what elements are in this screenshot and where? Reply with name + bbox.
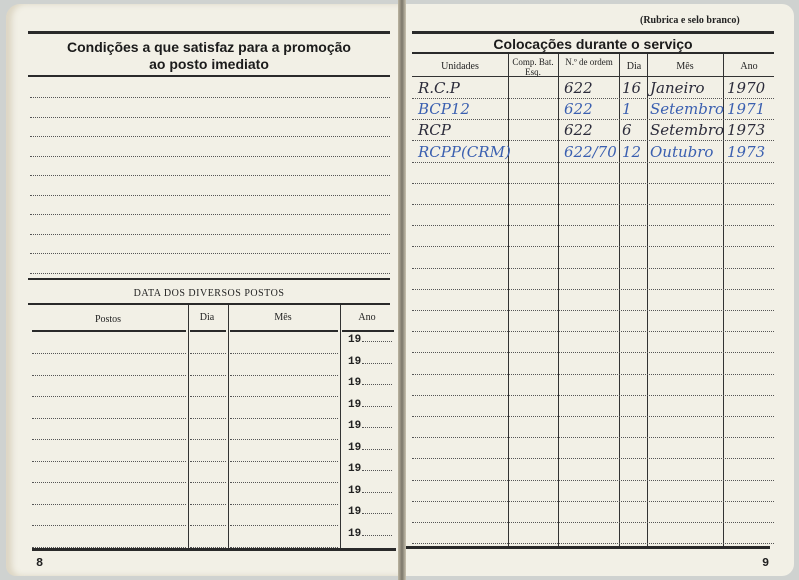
writing-line [30,97,390,98]
table-row-line [32,353,186,354]
year-field: 19 [348,399,392,411]
writing-line [30,214,390,215]
table-row-line [412,437,774,438]
writing-line [30,136,390,137]
year-prefix: 19 [348,399,361,411]
table-row-line [230,396,338,397]
table-row-line [190,439,226,440]
entry-ordem: 622 [564,80,618,96]
col-unidades: Unidades [412,62,508,72]
col-postos: Postos [30,315,186,325]
col-dia: Dia [620,62,648,72]
table-row-line [32,504,186,505]
table-row-line [412,225,774,226]
table-row-line [190,504,226,505]
entry-mes: Janeiro [650,80,722,96]
entry-unidades: R.C.P [418,80,506,96]
table-row-line [412,543,774,544]
col-ano: Ano [724,62,774,72]
year-prefix: 19 [348,485,361,497]
left-title-line2: ao posto imediato [28,56,390,72]
entry-unidades: RCP [418,122,506,138]
table-row-line [32,375,186,376]
entry-ano: 1973 [727,122,772,138]
table-row-line [412,331,774,332]
year-prefix: 19 [348,377,361,389]
entry-mes: Outubro [650,144,722,160]
rule [190,330,226,332]
rule [28,31,390,34]
entry-unidades: BCP12 [418,101,506,117]
year-blank[interactable] [362,492,392,493]
rule [342,330,394,332]
year-prefix: 19 [348,506,361,518]
book-spine [398,0,406,580]
table-row-line [230,504,338,505]
table-row-line [190,418,226,419]
year-field: 19 [348,334,392,346]
table-row-line [190,525,226,526]
table-row-line [412,352,774,353]
year-field: 19 [348,377,392,389]
entry-ano: 1970 [727,80,772,96]
signature-note: (Rubrica e selo branco) [640,15,740,26]
rule [32,548,396,551]
table-row-line [412,162,774,163]
table-row-line [230,439,338,440]
year-blank[interactable] [362,363,392,364]
table-row-line [230,461,338,462]
col-dia: Dia [188,313,226,323]
table-row-line [412,458,774,459]
table-row-line [230,375,338,376]
rule [230,330,338,332]
year-field: 19 [348,442,392,454]
year-prefix: 19 [348,334,361,346]
year-blank[interactable] [362,406,392,407]
col-divider [340,305,341,550]
table-row-line [412,522,774,523]
year-prefix: 19 [348,442,361,454]
rule [412,52,774,54]
col-divider [508,54,509,548]
table-row-line [190,482,226,483]
writing-line [30,273,390,274]
rule [32,330,186,332]
rule [412,76,774,77]
table-row-line [32,482,186,483]
col-divider [647,54,648,548]
table-row-line [412,246,774,247]
writing-line [30,117,390,118]
year-field: 19 [348,506,392,518]
page-number-right: 9 [762,556,769,570]
entry-mes: Setembro [650,122,722,138]
table-row-line [412,183,774,184]
year-prefix: 19 [348,420,361,432]
table-row-line [32,396,186,397]
col-divider [619,54,620,548]
entry-dia: 16 [622,80,646,96]
entry-ordem: 622/70 [564,144,618,160]
col-mes: Mês [648,62,722,72]
table-row-line [412,395,774,396]
entry-ano: 1973 [727,144,772,160]
year-blank[interactable] [362,470,392,471]
entry-dia: 6 [622,122,646,138]
table-row-line [230,525,338,526]
right-title: Colocações durante o serviço [412,36,774,52]
left-title-line1: Condições a que satisfaz para a promoção [28,39,390,55]
table-row-line [190,461,226,462]
table-row-line [32,461,186,462]
col-ano: Ano [340,313,394,323]
year-blank[interactable] [362,384,392,385]
entry-dia: 1 [622,101,646,117]
year-blank[interactable] [362,535,392,536]
writing-line [30,195,390,196]
table-row-line [230,482,338,483]
rule [412,31,774,34]
year-field: 19 [348,528,392,540]
table-row-line [412,374,774,375]
col-divider [228,305,229,550]
table-row-line [32,439,186,440]
col-divider [558,54,559,548]
col-ordem: N.º de ordem [560,57,618,67]
writing-line [30,175,390,176]
rule [28,303,390,305]
col-comp: Comp. Bat. Esq. [509,57,557,77]
table-row-line [412,268,774,269]
writing-line [30,156,390,157]
year-field: 19 [348,356,392,368]
table-row-line [412,204,774,205]
year-field: 19 [348,420,392,432]
writing-line [30,234,390,235]
entry-ordem: 622 [564,101,618,117]
year-prefix: 19 [348,356,361,368]
col-divider [188,305,189,550]
entry-unidades: RCPP(CRM) [418,144,506,160]
col-mes: Mês [228,313,338,323]
rule [28,75,390,77]
rule [406,546,770,549]
entry-ano: 1971 [727,101,772,117]
page-number-left: 8 [36,556,43,570]
table-row-line [412,289,774,290]
table-row-line [412,480,774,481]
table-row-line [32,525,186,526]
year-field: 19 [348,485,392,497]
year-prefix: 19 [348,528,361,540]
table-row-line [230,418,338,419]
table-row-line [412,140,774,141]
table-row-line [412,501,774,502]
table-row-line [412,119,774,120]
year-field: 19 [348,463,392,475]
year-prefix: 19 [348,463,361,475]
table-row-line [190,353,226,354]
dates-section-title: DATA DOS DIVERSOS POSTOS [28,289,390,299]
entry-ordem: 622 [564,122,618,138]
table-row-line [190,396,226,397]
writing-line [30,253,390,254]
entry-dia: 12 [622,144,646,160]
table-row-line [230,353,338,354]
rule [28,278,390,280]
table-row-line [412,416,774,417]
table-row-line [190,375,226,376]
entry-mes: Setembro [650,101,722,117]
year-blank[interactable] [362,427,392,428]
year-blank[interactable] [362,513,392,514]
table-row-line [412,310,774,311]
table-row-line [32,418,186,419]
year-blank[interactable] [362,341,392,342]
table-row-line [412,98,774,99]
year-blank[interactable] [362,449,392,450]
